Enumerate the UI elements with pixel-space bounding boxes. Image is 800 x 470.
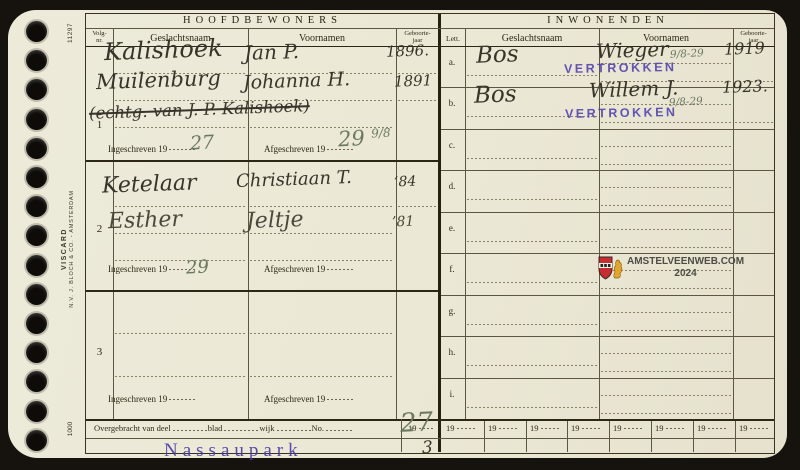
printed-19: 19: [446, 423, 455, 433]
amstelveen-coat-of-arms-icon: [598, 256, 624, 280]
label-text: Afgeschreven 19: [264, 394, 325, 404]
pencil-daymonth: 9/8: [371, 126, 391, 141]
no-label: No.: [312, 423, 325, 433]
column-header-lett: Lett.: [441, 35, 465, 43]
row-letter: a.: [439, 57, 465, 67]
year-cell: 19: [442, 423, 483, 433]
register-card: 11297 VISCARD N.V. J. BLOCH & CO. - AMST…: [8, 10, 787, 458]
watermark-text: AMSTELVEENWEB.COM 2024: [627, 256, 744, 280]
serial-number-top: 11297: [67, 10, 77, 56]
punch-hole: [26, 313, 47, 334]
dotted-line: [398, 206, 437, 207]
row-letter: d.: [439, 181, 465, 191]
dotted-line: [601, 330, 731, 331]
leader-line: [224, 430, 258, 431]
grid-line: [441, 212, 774, 213]
punch-hole: [26, 255, 47, 276]
punch-hole: [26, 79, 47, 100]
dotted-line: [601, 395, 731, 396]
register-table: HOOFDBEWONERS INWONENDEN Volg- nr. Gesla…: [85, 13, 775, 454]
pencil-year-large: 27: [399, 407, 434, 439]
dotted-line: [601, 247, 731, 248]
ingeschreven-label: Ingeschreven 19: [108, 394, 196, 404]
printed-19: 19: [571, 423, 580, 433]
dotted-line: [467, 282, 597, 283]
dotted-line: [250, 376, 394, 377]
dotted-line: [601, 164, 731, 165]
punch-hole: [26, 371, 47, 392]
dotted-line: [115, 127, 246, 128]
dotted-line: [735, 122, 773, 123]
dotted-line: [467, 158, 597, 159]
printer-imprint: VISCARD N.V. J. BLOCH & CO. - AMSTERDAM: [61, 169, 83, 329]
handwritten-surname: Bos: [476, 41, 519, 68]
pencil-departure-date: 9/8-29: [670, 47, 704, 61]
afgeschreven-label: Afgeschreven 19: [264, 394, 354, 404]
punch-holes: [26, 21, 47, 451]
label-text: Ingeschreven 19: [108, 394, 167, 404]
dotted-line: [115, 376, 246, 377]
dotted-line: [601, 371, 731, 372]
printed-19: 19: [530, 423, 539, 433]
dotted-line: [467, 407, 597, 408]
dotted-line: [601, 353, 731, 354]
header-line: Geboorte-: [396, 30, 439, 37]
center-divider: [438, 14, 441, 452]
label-text: Ingeschreven 19: [108, 264, 167, 274]
handwritten-surname: Esther: [108, 207, 183, 235]
leader-line: [624, 428, 644, 429]
header-line: Volg-: [86, 30, 113, 37]
serial-number-bottom: 1000: [67, 406, 77, 452]
row-letter: e.: [439, 223, 465, 233]
ingeschreven-label: Ingeschreven 19: [108, 144, 196, 154]
dotted-line: [250, 206, 394, 207]
handwritten-surname: Ketelaar: [102, 170, 197, 198]
leader-line: [327, 399, 353, 400]
handwritten-surname: Bos: [474, 81, 517, 108]
leader-line: [169, 399, 195, 400]
dotted-line: [250, 233, 394, 234]
dotted-line: [601, 312, 731, 313]
grid-line: [86, 28, 774, 29]
grid-line: [441, 378, 774, 379]
handwritten-birthyear: 1896.: [386, 41, 430, 60]
grid-line: [441, 253, 774, 254]
dotted-line: [250, 260, 394, 261]
watermark-site: AMSTELVEENWEB.COM: [627, 256, 744, 268]
wijk-label: wijk: [259, 423, 274, 433]
punch-hole: [26, 50, 47, 71]
printed-19: 19: [488, 423, 497, 433]
grid-line: [441, 336, 774, 337]
leader-line: [541, 428, 561, 429]
district-stamp: Nassaupark: [164, 440, 303, 462]
year-cell: 19: [526, 423, 567, 433]
leader-line: [750, 428, 768, 429]
dotted-line: [115, 333, 246, 334]
punch-hole: [26, 138, 47, 159]
dotted-line: [467, 199, 597, 200]
grid-line: [441, 170, 774, 171]
dotted-line: [601, 146, 731, 147]
transfer-row: Overgebracht van deel blad wijk No.: [94, 423, 396, 433]
year-cell: 19: [693, 423, 734, 433]
handwritten-firstnames: Christiaan T.: [236, 167, 352, 192]
handwritten-number: 3: [422, 438, 434, 458]
leader-line: [666, 428, 686, 429]
label-text: Afgeschreven 19: [264, 144, 325, 154]
year-cell: 19: [609, 423, 650, 433]
punch-hole: [26, 284, 47, 305]
punch-hole: [26, 21, 47, 42]
punch-hole: [26, 401, 47, 422]
dotted-line: [601, 288, 731, 289]
handwritten-birthyear: ’84: [394, 174, 417, 191]
leader-line: [708, 428, 728, 429]
row-letter: f.: [439, 264, 465, 274]
transfer-label: Overgebracht van deel: [94, 423, 171, 433]
handwritten-birthyear: 1923.: [722, 76, 768, 97]
leader-line: [582, 428, 602, 429]
leader-line: [173, 430, 207, 431]
printed-19: 19: [697, 423, 706, 433]
pencil-year: 27: [189, 131, 214, 154]
vertrokken-stamp: VERTROKKEN: [564, 60, 677, 76]
printer-brand: VISCARD: [61, 169, 68, 329]
row-letter: c.: [439, 140, 465, 150]
handwritten-surname: Kalishoek: [104, 34, 223, 66]
label-text: Ingeschreven 19: [108, 144, 167, 154]
leader-line: [457, 428, 477, 429]
blad-label: blad: [208, 423, 223, 433]
punch-hole: [26, 342, 47, 363]
dotted-line: [115, 260, 246, 261]
row-letter: i.: [439, 389, 465, 399]
handwritten-birthyear: ’81: [392, 214, 415, 231]
grid-line: [86, 160, 438, 162]
handwritten-surname: Muilenburg: [96, 66, 222, 94]
dotted-line: [601, 229, 731, 230]
pencil-year: 29: [185, 256, 209, 278]
leader-line: [327, 269, 353, 270]
right-table-title: INWONENDEN: [442, 15, 774, 26]
header-line: Geboorte-: [733, 30, 774, 37]
handwritten-birthyear: 1919: [724, 38, 765, 58]
year-cell: 19: [735, 423, 774, 433]
handwritten-firstnames: Jan P.: [244, 39, 300, 65]
pencil-date: 29 9/8: [337, 125, 391, 152]
dotted-line: [250, 333, 394, 334]
punch-hole: [26, 196, 47, 217]
grid-line: [441, 129, 774, 130]
year-cell: 19: [484, 423, 525, 433]
printed-19: 19: [739, 423, 748, 433]
watermark-year: 2024: [627, 268, 744, 280]
year-cell: 19: [567, 423, 608, 433]
dotted-line: [467, 241, 597, 242]
dotted-line: [601, 187, 731, 188]
pencil-year-text: 29: [337, 126, 365, 151]
dotted-line: [601, 413, 731, 414]
handwritten-firstnames: Jeltje: [246, 207, 304, 234]
row-letter: b.: [439, 98, 465, 108]
printed-19: 19: [613, 423, 622, 433]
grid-line: [441, 295, 774, 296]
label-text: Afgeschreven 19: [264, 264, 325, 274]
handwritten-firstnames: Willem J.: [589, 75, 679, 102]
dotted-line: [467, 324, 597, 325]
handwritten-firstnames: Johanna H.: [243, 68, 351, 94]
dotted-line: [601, 122, 731, 123]
afgeschreven-label: Afgeschreven 19: [264, 264, 354, 274]
year-cell: 19: [651, 423, 692, 433]
punch-hole: [26, 109, 47, 130]
printer-maker: N.V. J. BLOCH & CO. - AMSTERDAM: [69, 169, 75, 329]
left-table-title: HOOFDBEWONERS: [86, 15, 439, 26]
punch-hole: [26, 225, 47, 246]
dotted-line: [601, 205, 731, 206]
section-number: 3: [86, 346, 113, 358]
leader-line: [499, 428, 519, 429]
handwritten-birthyear: 1891: [394, 71, 433, 90]
vertrokken-stamp: VERTROKKEN: [565, 105, 678, 121]
punch-hole: [26, 430, 47, 451]
printed-19: 19: [655, 423, 664, 433]
grid-line: [86, 290, 438, 292]
leader-line: [326, 430, 354, 431]
row-letter: h.: [439, 347, 465, 357]
handwritten-firstnames: Wieger: [596, 37, 669, 64]
dotted-line: [467, 365, 597, 366]
row-letter: g.: [439, 306, 465, 316]
watermark: AMSTELVEENWEB.COM 2024: [598, 256, 744, 280]
punch-hole: [26, 167, 47, 188]
leader-line: [277, 430, 311, 431]
ingeschreven-label: Ingeschreven 19: [108, 264, 196, 274]
dotted-line: [398, 100, 437, 101]
